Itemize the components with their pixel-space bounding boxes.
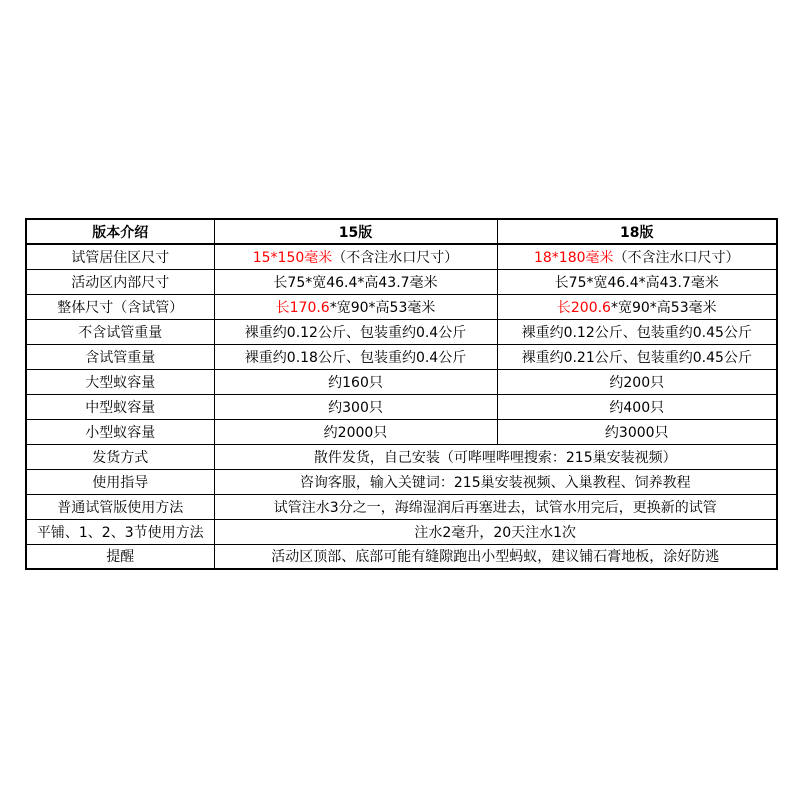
row-overall-size: 整体尺寸（含试管） 长170.6*宽90*高53毫米 长200.6*宽90*高5… bbox=[26, 294, 777, 319]
value-15-cell: 15*150毫米（不含注水口尺寸） bbox=[214, 244, 497, 269]
value-18-rest: *宽90*高53毫米 bbox=[611, 300, 717, 316]
spec-table: 版本介绍 15版 18版 试管居住区尺寸 15*150毫米（不含注水口尺寸） 1… bbox=[25, 218, 778, 570]
value-15-cell: 约2000只 bbox=[214, 419, 497, 444]
value-15-cell: 约160只 bbox=[214, 369, 497, 394]
label-cell: 平铺、1、2、3节使用方法 bbox=[26, 519, 214, 544]
value-15-cell: 裸重约0.18公斤、包装重约0.4公斤 bbox=[214, 344, 497, 369]
value-15-cell: 裸重约0.12公斤、包装重约0.4公斤 bbox=[214, 319, 497, 344]
value-15-rest: *宽90*高53毫米 bbox=[330, 300, 436, 316]
row-weight-without-tube: 不含试管重量 裸重约0.12公斤、包装重约0.4公斤 裸重约0.12公斤、包装重… bbox=[26, 319, 777, 344]
value-15-rest: （不含注水口尺寸） bbox=[332, 250, 458, 266]
value-15-cell: 约300只 bbox=[214, 394, 497, 419]
reminder-label-cell: 提醒 bbox=[26, 544, 214, 569]
label-cell: 含试管重量 bbox=[26, 344, 214, 369]
row-large-ant-capacity: 大型蚁容量 约160只 约200只 bbox=[26, 369, 777, 394]
row-tube-living-area-size: 试管居住区尺寸 15*150毫米（不含注水口尺寸） 18*180毫米（不含注水口… bbox=[26, 244, 777, 269]
header-version-15: 15版 bbox=[214, 219, 497, 244]
value-18-cell: 约3000只 bbox=[497, 419, 777, 444]
spec-table-container: 版本介绍 15版 18版 试管居住区尺寸 15*150毫米（不含注水口尺寸） 1… bbox=[25, 218, 776, 570]
label-cell: 不含试管重量 bbox=[26, 319, 214, 344]
header-row: 版本介绍 15版 18版 bbox=[26, 219, 777, 244]
value-15-highlight: 长170.6 bbox=[276, 300, 330, 316]
value-18-cell: 18*180毫米（不含注水口尺寸） bbox=[497, 244, 777, 269]
label-cell: 普通试管版使用方法 bbox=[26, 494, 214, 519]
label-cell: 整体尺寸（含试管） bbox=[26, 294, 214, 319]
row-shipping-method: 发货方式 散件发货，自己安装（可哔哩哔哩搜索：215巢安装视频） bbox=[26, 444, 777, 469]
row-reminder: 提醒 活动区顶部、底部可能有缝隙跑出小型蚂蚁，建议铺石膏地板，涂好防逃 bbox=[26, 544, 777, 569]
merged-value-cell: 注水2毫升，20天注水1次 bbox=[214, 519, 777, 544]
row-activity-area-inner-size: 活动区内部尺寸 长75*宽46.4*高43.7毫米 长75*宽46.4*高43.… bbox=[26, 269, 777, 294]
row-weight-with-tube: 含试管重量 裸重约0.18公斤、包装重约0.4公斤 裸重约0.21公斤、包装重约… bbox=[26, 344, 777, 369]
value-18-cell: 长200.6*宽90*高53毫米 bbox=[497, 294, 777, 319]
value-18-cell: 约200只 bbox=[497, 369, 777, 394]
row-tube-version-usage: 普通试管版使用方法 试管注水3分之一，海绵湿润后再塞进去，试管水用完后，更换新的… bbox=[26, 494, 777, 519]
merged-value-cell: 散件发货，自己安装（可哔哩哔哩搜索：215巢安装视频） bbox=[214, 444, 777, 469]
merged-value-cell: 试管注水3分之一，海绵湿润后再塞进去，试管水用完后，更换新的试管 bbox=[214, 494, 777, 519]
value-18-cell: 裸重约0.12公斤、包装重约0.45公斤 bbox=[497, 319, 777, 344]
row-usage-guide: 使用指导 咨询客服，输入关键词：215巢安装视频、入巢教程、饲养教程 bbox=[26, 469, 777, 494]
label-cell: 小型蚁容量 bbox=[26, 419, 214, 444]
label-cell: 使用指导 bbox=[26, 469, 214, 494]
label-cell: 试管居住区尺寸 bbox=[26, 244, 214, 269]
value-18-cell: 长75*宽46.4*高43.7毫米 bbox=[497, 269, 777, 294]
row-flat-sections-usage: 平铺、1、2、3节使用方法 注水2毫升，20天注水1次 bbox=[26, 519, 777, 544]
value-18-cell: 裸重约0.21公斤、包装重约0.45公斤 bbox=[497, 344, 777, 369]
value-18-highlight: 18*180毫米 bbox=[534, 250, 614, 266]
merged-value-cell: 活动区顶部、底部可能有缝隙跑出小型蚂蚁，建议铺石膏地板，涂好防逃 bbox=[214, 544, 777, 569]
value-18-rest: （不含注水口尺寸） bbox=[614, 250, 740, 266]
label-cell: 活动区内部尺寸 bbox=[26, 269, 214, 294]
header-version-intro: 版本介绍 bbox=[26, 219, 214, 244]
label-cell: 中型蚁容量 bbox=[26, 394, 214, 419]
header-version-18: 18版 bbox=[497, 219, 777, 244]
row-medium-ant-capacity: 中型蚁容量 约300只 约400只 bbox=[26, 394, 777, 419]
value-18-cell: 约400只 bbox=[497, 394, 777, 419]
value-15-cell: 长75*宽46.4*高43.7毫米 bbox=[214, 269, 497, 294]
label-cell: 发货方式 bbox=[26, 444, 214, 469]
label-cell: 大型蚁容量 bbox=[26, 369, 214, 394]
value-15-highlight: 15*150毫米 bbox=[253, 250, 333, 266]
value-18-highlight: 长200.6 bbox=[557, 300, 611, 316]
row-small-ant-capacity: 小型蚁容量 约2000只 约3000只 bbox=[26, 419, 777, 444]
value-15-cell: 长170.6*宽90*高53毫米 bbox=[214, 294, 497, 319]
merged-value-cell: 咨询客服，输入关键词：215巢安装视频、入巢教程、饲养教程 bbox=[214, 469, 777, 494]
